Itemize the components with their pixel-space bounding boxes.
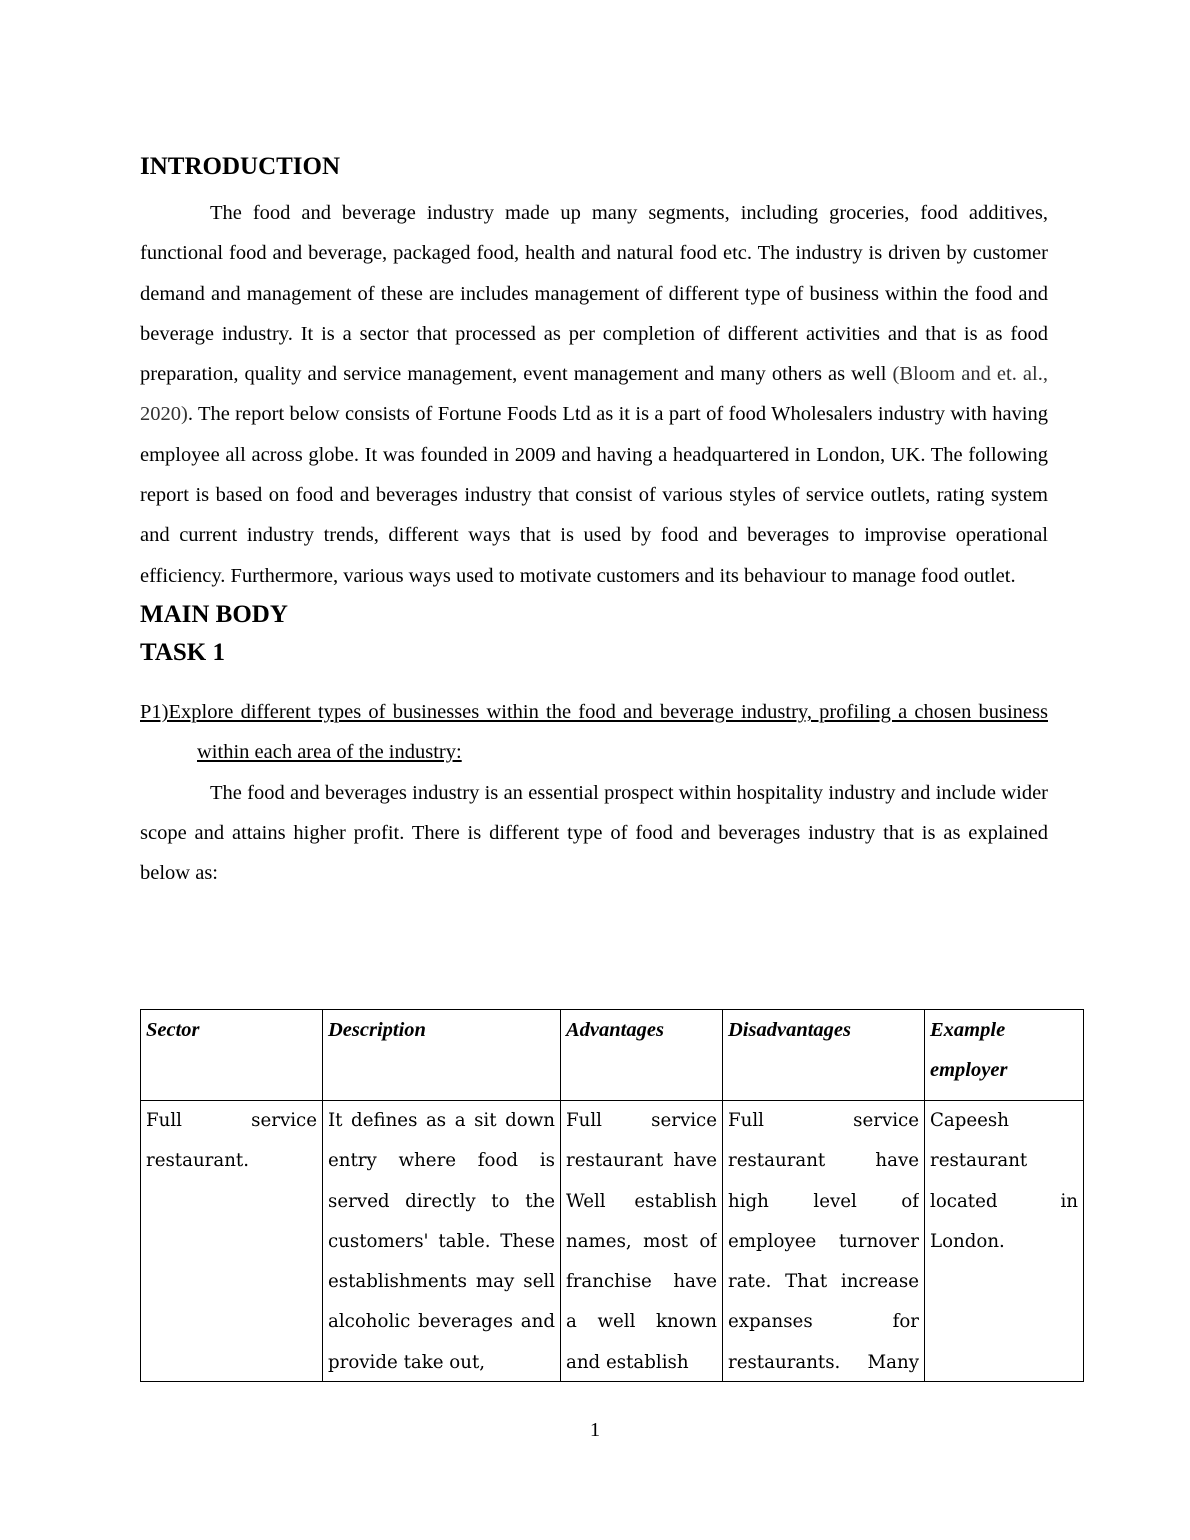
header-advantages: Advantages bbox=[561, 1010, 723, 1101]
cell-disadvantages: Full service restaurant have high level … bbox=[723, 1101, 925, 1382]
introduction-text: The food and beverage industry made up m… bbox=[140, 202, 1048, 385]
cell-advantages: Full service restaurant have Well establ… bbox=[561, 1101, 723, 1382]
task1-heading: TASK 1 bbox=[140, 634, 1048, 672]
header-description: Description bbox=[323, 1010, 561, 1101]
table-row: Full service restaurant. It defines as a… bbox=[141, 1101, 1084, 1382]
task1-paragraph: The food and beverages industry is an es… bbox=[140, 773, 1048, 894]
cell-description: It defines as a sit down entry where foo… bbox=[323, 1101, 561, 1382]
business-types-table: Sector Description Advantages Disadvanta… bbox=[140, 1009, 1084, 1382]
header-sector: Sector bbox=[141, 1010, 323, 1101]
cell-sector: Full service restaurant. bbox=[141, 1101, 323, 1382]
introduction-text-continued: . The report below consists of Fortune F… bbox=[140, 403, 1048, 586]
page-number: 1 bbox=[0, 1418, 1190, 1442]
main-body-heading: MAIN BODY bbox=[140, 596, 1048, 634]
page-content: INTRODUCTION The food and beverage indus… bbox=[140, 148, 1048, 893]
table-header-row: Sector Description Advantages Disadvanta… bbox=[141, 1010, 1084, 1101]
header-example-employer: Example employer bbox=[925, 1010, 1084, 1101]
introduction-heading: INTRODUCTION bbox=[140, 148, 1048, 186]
cell-example-employer: Capeesh restaurant located in London. bbox=[925, 1101, 1084, 1382]
document-page: INTRODUCTION The food and beverage indus… bbox=[0, 0, 1190, 1540]
task1-question: P1)Explore different types of businesses… bbox=[140, 692, 1048, 773]
header-disadvantages: Disadvantages bbox=[723, 1010, 925, 1101]
introduction-paragraph: The food and beverage industry made up m… bbox=[140, 193, 1048, 596]
